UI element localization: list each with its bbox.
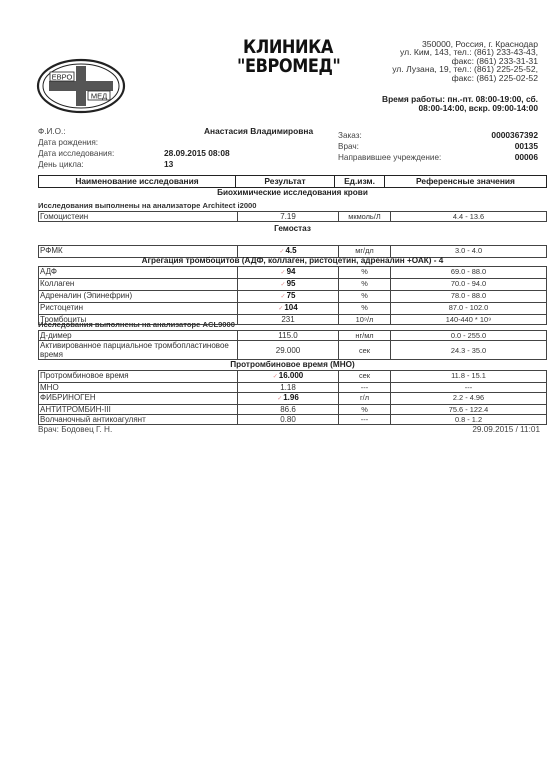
test-name: Протромбиновое время — [39, 371, 238, 382]
test-unit: мкмоль/Л — [339, 212, 391, 221]
exam-date-label: Дата исследования: — [38, 149, 114, 158]
test-result: 115.0 — [238, 331, 339, 340]
test-name: ФИБРИНОГЕН — [39, 393, 238, 404]
test-result: 1.18 — [238, 383, 339, 392]
fio-value: Анастасия Владимировна — [204, 126, 313, 136]
result-value: 75 — [287, 291, 296, 300]
clinic-logo: ЕВРО МЕД — [36, 58, 126, 114]
checkmark-icon: ✓ — [278, 306, 283, 312]
table-row: Д-димер115.0нг/мл0.0 - 255.0 — [39, 331, 546, 341]
test-name: Волчаночный антикоагулянт — [39, 415, 238, 424]
test-unit: --- — [339, 415, 391, 424]
checkmark-icon: ✓ — [279, 249, 284, 255]
test-name: АНТИТРОМБИН-III — [39, 405, 238, 414]
test-reference: 11.8 - 15.1 — [391, 371, 546, 382]
result-value: 16.000 — [279, 371, 303, 380]
test-reference: 70.0 - 94.0 — [391, 279, 546, 290]
test-unit: % — [339, 279, 391, 290]
results-table-header: Наименование исследования Результат Ед.и… — [38, 175, 547, 188]
cycle-day-label: День цикла: — [38, 160, 84, 169]
test-result: 231 — [238, 315, 339, 324]
test-unit: сек — [339, 341, 391, 359]
institution-label: Направившее учреждение: — [338, 153, 441, 162]
test-reference: 24.3 - 35.0 — [391, 341, 546, 359]
table-row: Протромбиновое время✓16.000сек11.8 - 15.… — [39, 371, 546, 383]
signing-doctor: Врач: Бодовец Г. Н. — [38, 425, 112, 434]
test-name: Гомоцистеин — [39, 212, 238, 221]
section-prothrombin: Протромбиновое время (МНО) — [38, 360, 547, 369]
test-reference: --- — [391, 383, 546, 392]
result-value: 94 — [287, 267, 296, 276]
header-result: Результат — [236, 176, 335, 187]
test-reference: 87.0 - 102.0 — [391, 303, 546, 314]
result-value: 7.19 — [280, 212, 296, 221]
rows-acl: Д-димер115.0нг/мл0.0 - 255.0Активированн… — [38, 330, 547, 360]
test-reference: 140-440 * 10⁹ — [391, 315, 546, 324]
result-value: 1.18 — [280, 383, 296, 392]
table-row: АНТИТРОМБИН-III86.6%75.6 - 122.4 — [39, 405, 546, 415]
test-reference: 2.2 - 4.96 — [391, 393, 546, 404]
table-row: Коллаген✓95%70.0 - 94.0 — [39, 279, 546, 291]
order-value: 0000367392 — [491, 130, 538, 140]
clinic-address: 350000, Россия, г. Краснодар ул. Ким, 14… — [318, 40, 538, 82]
result-value: 104 — [284, 303, 297, 312]
test-result: ✓16.000 — [238, 371, 339, 382]
test-result: ✓104 — [238, 303, 339, 314]
test-reference: 75.6 - 122.4 — [391, 405, 546, 414]
test-name: Ристоцетин — [39, 303, 238, 314]
test-reference: 78.0 - 88.0 — [391, 291, 546, 302]
birth-date-label: Дата рождения: — [38, 138, 98, 147]
table-row: Активированное парциальное тромбопластин… — [39, 341, 546, 360]
test-unit: нг/мл — [339, 331, 391, 340]
table-row: ФИБРИНОГЕН✓1.96г/л2.2 - 4.96 — [39, 393, 546, 405]
analyzer-note-architect: Исследования выполнены на анализаторе Ar… — [38, 201, 257, 210]
section-hemostasis: Гемостаз — [38, 224, 547, 233]
svg-text:МЕД: МЕД — [91, 92, 107, 101]
doctor-code-value: 00135 — [515, 141, 538, 151]
checkmark-icon: ✓ — [277, 396, 282, 402]
test-unit: 10⁹/л — [339, 315, 391, 324]
exam-date-value: 28.09.2015 08:08 — [164, 148, 230, 158]
checkmark-icon: ✓ — [281, 294, 286, 300]
test-unit: % — [339, 267, 391, 278]
test-name: Коллаген — [39, 279, 238, 290]
checkmark-icon: ✓ — [281, 270, 286, 276]
working-hours: Время работы: пн.-пт. 08:00-19:00, сб. 0… — [298, 95, 538, 113]
institution-value: 00006 — [515, 152, 538, 162]
result-value: 115.0 — [278, 331, 297, 340]
table-row: АДФ✓94%69.0 - 88.0 — [39, 267, 546, 279]
test-result: 29.000 — [238, 341, 339, 359]
test-reference: 0.0 - 255.0 — [391, 331, 546, 340]
test-result: ✓95 — [238, 279, 339, 290]
test-result: 7.19 — [238, 212, 339, 221]
test-name: АДФ — [39, 267, 238, 278]
test-reference: 4.4 - 13.6 — [391, 212, 546, 221]
test-reference: 69.0 - 88.0 — [391, 267, 546, 278]
medical-cross-icon: ЕВРО МЕД — [36, 58, 126, 114]
section-aggregation: Агрегация тромбоцитов (АДФ, коллаген, ри… — [38, 256, 547, 265]
header-unit: Ед.изм. — [335, 176, 385, 187]
test-unit: сек — [339, 371, 391, 382]
test-unit: % — [339, 405, 391, 414]
header-test-name: Наименование исследования — [39, 176, 236, 187]
table-row: Волчаночный антикоагулянт0.80---0.8 - 1.… — [39, 415, 546, 425]
result-value: 0.80 — [280, 415, 296, 424]
test-result: ✓75 — [238, 291, 339, 302]
rows-biochemistry: Гомоцистеин7.19мкмоль/Л4.4 - 13.6 — [38, 211, 547, 222]
test-result: 0.80 — [238, 415, 339, 424]
table-row: Адреналин (Эпинефрин)✓75%78.0 - 88.0 — [39, 291, 546, 303]
section-biochemistry: Биохимические исследования крови — [38, 188, 547, 197]
svg-text:ЕВРО: ЕВРО — [52, 73, 73, 82]
header-reference: Референсные значения — [385, 176, 546, 187]
hours-line: 08:00-14:00, вскр. 09:00-14:00 — [298, 104, 538, 113]
result-value: 1.96 — [283, 393, 299, 402]
checkmark-icon: ✓ — [281, 282, 286, 288]
table-row: МНО1.18------ — [39, 383, 546, 393]
analyzer-note-acl: Исследования выполнены на анализаторе AC… — [38, 320, 235, 329]
test-result: ✓94 — [238, 267, 339, 278]
test-unit: --- — [339, 383, 391, 392]
cycle-day-value: 13 — [164, 159, 173, 169]
report-datetime: 29.09.2015 / 11:01 — [472, 425, 540, 434]
checkmark-icon: ✓ — [273, 374, 278, 380]
test-unit: % — [339, 291, 391, 302]
result-value: 231 — [281, 315, 294, 324]
result-value: 4.5 — [285, 246, 296, 255]
order-label: Заказ: — [338, 131, 362, 140]
result-value: 95 — [287, 279, 296, 288]
test-result: 86.6 — [238, 405, 339, 414]
doctor-code-label: Врач: — [338, 142, 359, 151]
test-unit: % — [339, 303, 391, 314]
test-name: МНО — [39, 383, 238, 392]
result-value: 86.6 — [280, 405, 296, 414]
test-unit: г/л — [339, 393, 391, 404]
table-row: Ристоцетин✓104%87.0 - 102.0 — [39, 303, 546, 315]
fio-label: Ф.И.О.: — [38, 127, 66, 136]
test-name: Адреналин (Эпинефрин) — [39, 291, 238, 302]
result-value: 29.000 — [276, 346, 300, 355]
table-row: Гомоцистеин7.19мкмоль/Л4.4 - 13.6 — [39, 212, 546, 222]
rows-aggregation: АДФ✓94%69.0 - 88.0Коллаген✓95%70.0 - 94.… — [38, 266, 547, 325]
test-reference: 0.8 - 1.2 — [391, 415, 546, 424]
test-name: Д-димер — [39, 331, 238, 340]
address-line: факс: (861) 225-02-52 — [318, 74, 538, 82]
rows-prothrombin: Протромбиновое время✓16.000сек11.8 - 15.… — [38, 370, 547, 425]
test-result: ✓1.96 — [238, 393, 339, 404]
test-name: Активированное парциальное тромбопластин… — [39, 341, 238, 359]
